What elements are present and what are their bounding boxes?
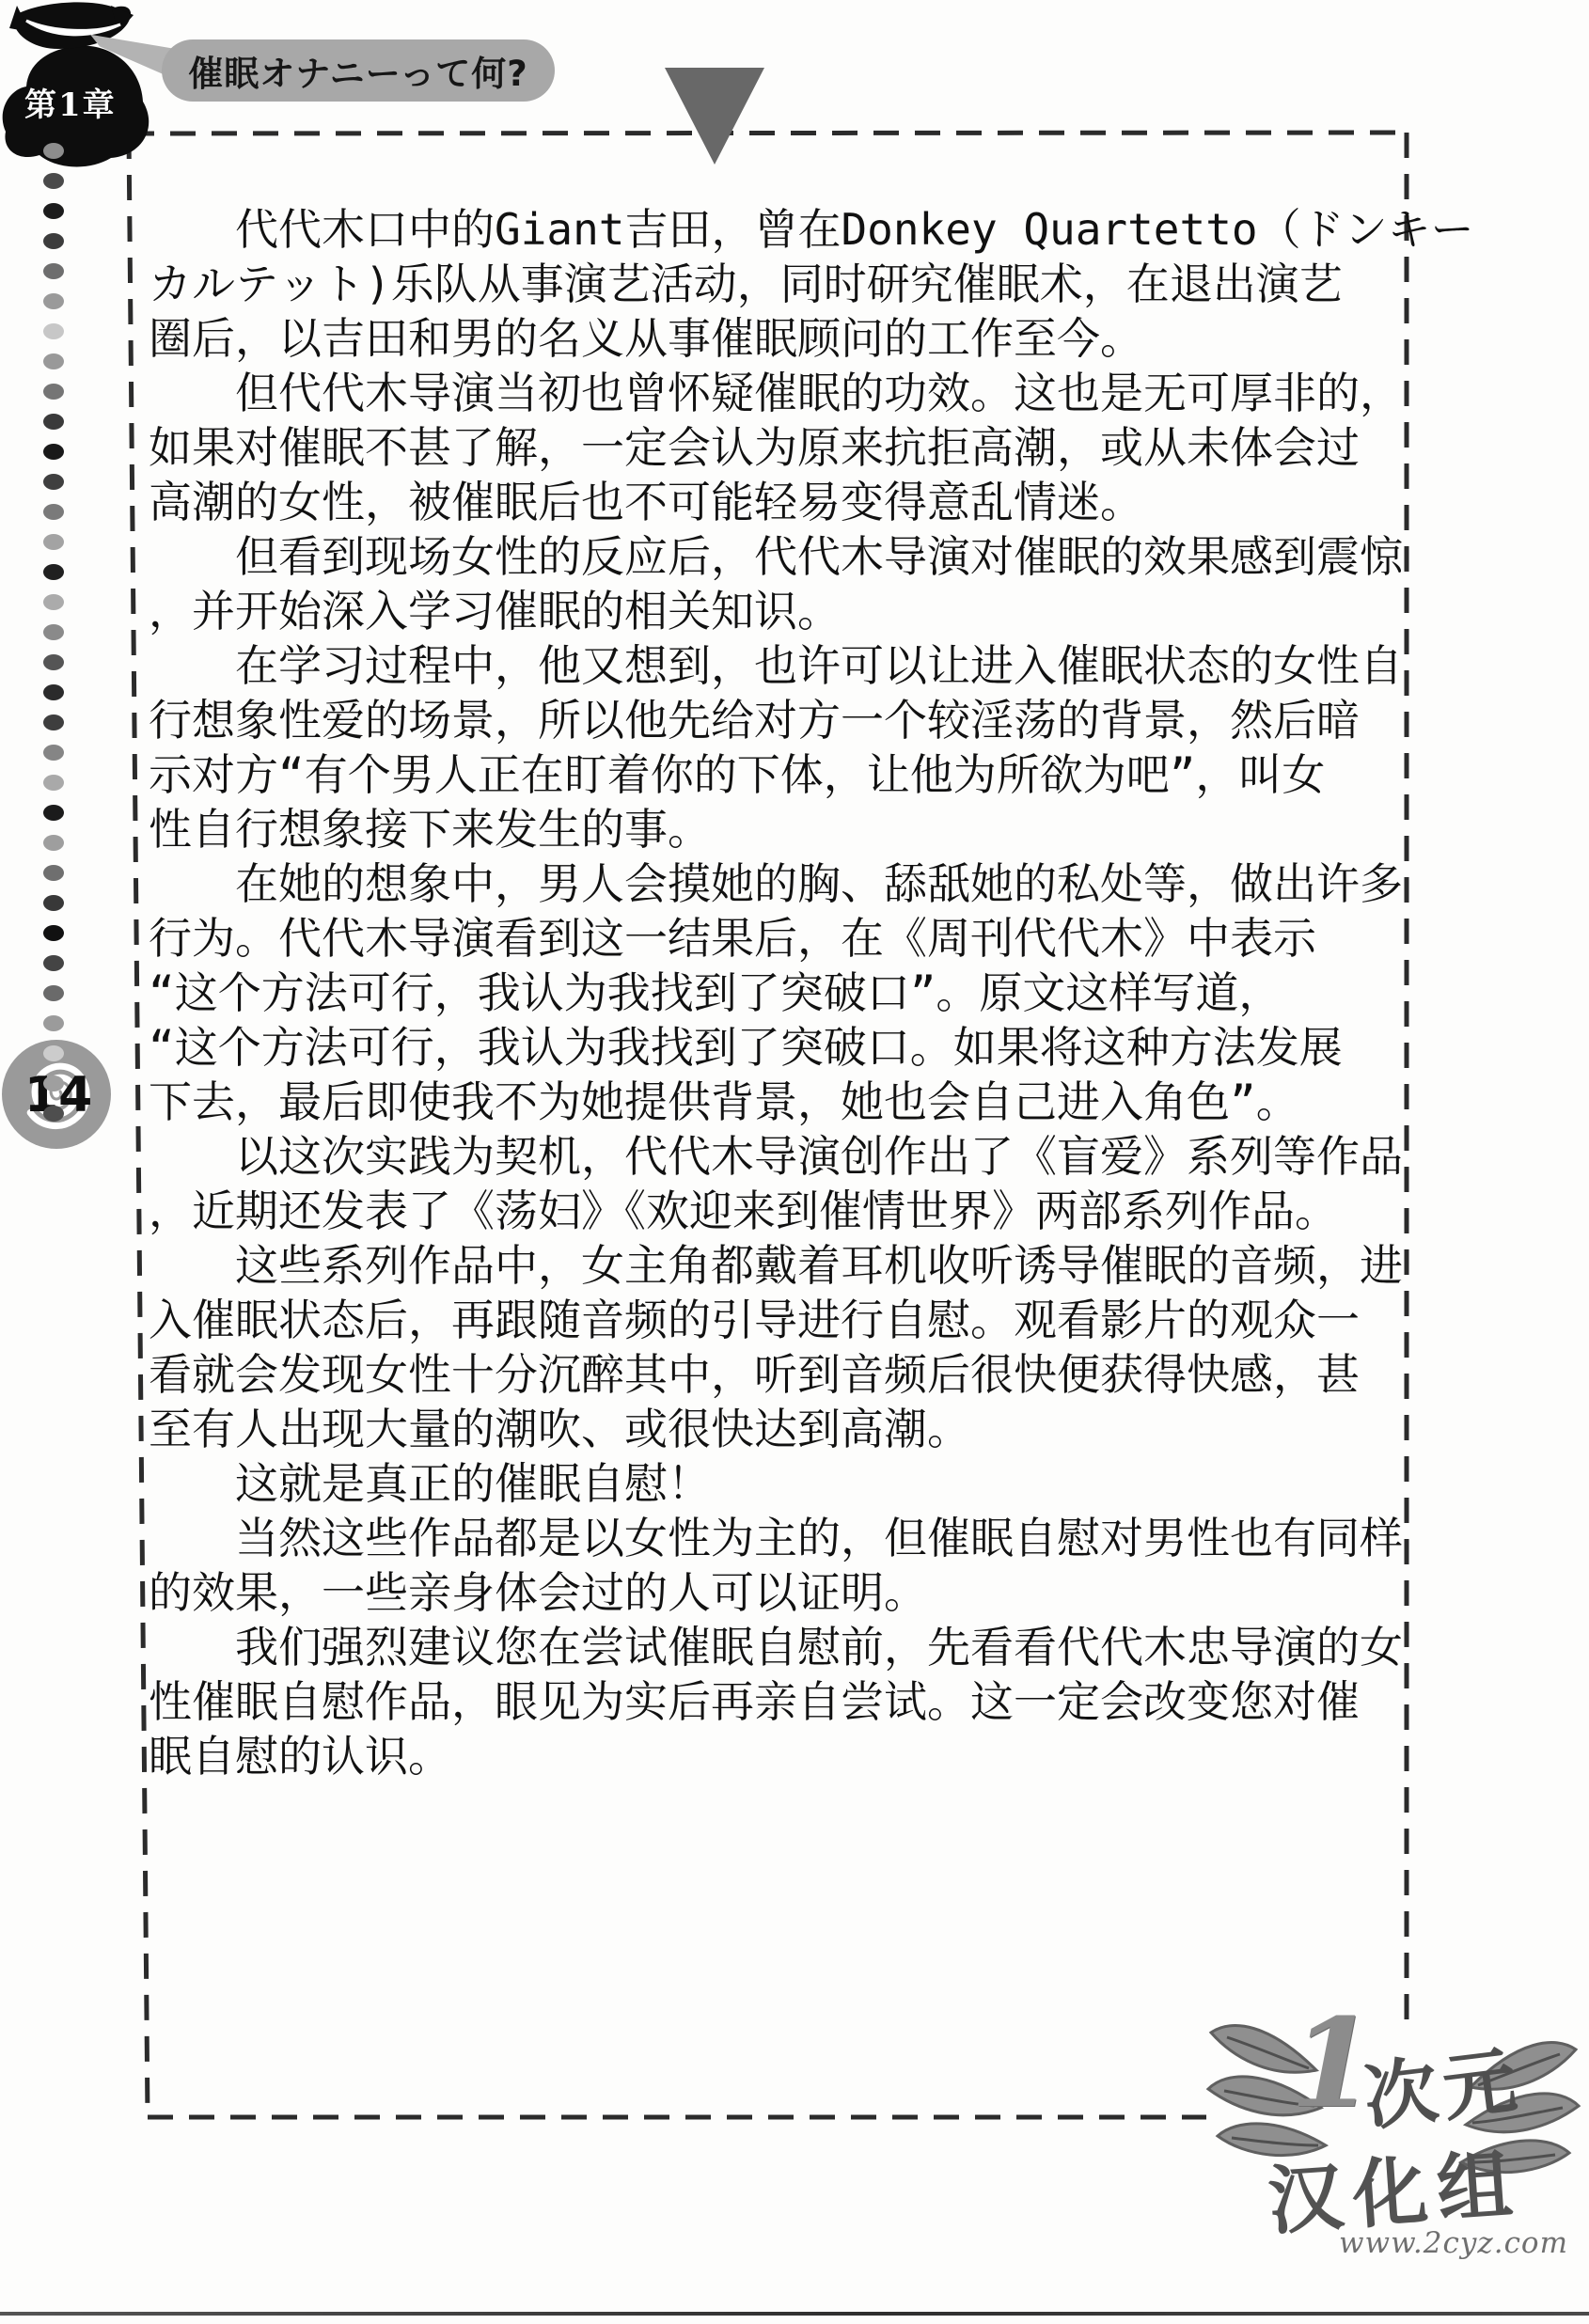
body-line: 但代代木导演当初也曾怀疑催眠的功效。这也是无可厚非的， [149, 366, 1404, 420]
margin-dot [43, 745, 64, 761]
page-bottom-edge [0, 2312, 1589, 2316]
margin-dot [43, 504, 64, 520]
body-line: 这就是真正的催眠自慰！ [149, 1456, 1404, 1511]
margin-dot [43, 835, 64, 851]
margin-dot [43, 594, 64, 610]
body-line: 代代木口中的Giant吉田，曾在Donkey Quartetto（ドンキー [149, 202, 1404, 257]
body-line: カルテット)乐队从事演艺活动，同时研究催眠术，在退出演艺 [149, 257, 1404, 311]
chapter-title-bubble: 催眠オナニーって何? [162, 39, 555, 102]
body-line: 下去，最后即使我不为她提供背景，她也会自己进入角色”。 [149, 1075, 1404, 1129]
body-line: 行想象性爱的场景，所以他先给对方一个较淫荡的背景，然后暗 [149, 693, 1404, 747]
body-line: 在她的想象中，男人会摸她的胸、舔舐她的私处等，做出许多 [149, 856, 1404, 911]
scanned-book-page: { "page": { "number": "14", "chapter_tab… [0, 0, 1589, 2324]
margin-dot [43, 414, 64, 430]
margin-dot [43, 775, 64, 791]
margin-dot [43, 384, 64, 400]
margin-dot [43, 684, 64, 700]
body-line: 圈后，以吉田和男的名义从事催眠顾问的工作至今。 [149, 311, 1404, 366]
body-line: ，并开始深入学习催眠的相关知识。 [149, 584, 1404, 638]
margin-dot [43, 323, 64, 339]
body-line: 示对方“有个男人正在盯着你的下体，让他为所欲为吧”，叫女 [149, 747, 1404, 802]
margin-dot [43, 564, 64, 580]
body-text: 代代木口中的Giant吉田，曾在Donkey Quartetto（ドンキーカルテ… [149, 202, 1404, 1783]
body-line: 这些系列作品中，女主角都戴着耳机收听诱导催眠的音频，进 [149, 1238, 1404, 1293]
margin-dot [43, 805, 64, 821]
body-line: 在学习过程中，他又想到，也许可以让进入催眠状态的女性自 [149, 638, 1404, 693]
body-line: “这个方法可行，我认为我找到了突破口。如果将这种方法发展 [149, 1020, 1404, 1075]
margin-dot [43, 955, 64, 971]
body-line: 的效果，一些亲身体会过的人可以证明。 [149, 1565, 1404, 1620]
body-line: 我们强烈建议您在尝试催眠自慰前，先看看代代木忠导演的女 [149, 1620, 1404, 1674]
body-line: “这个方法可行，我认为我找到了突破口”。原文这样写道， [149, 966, 1404, 1020]
margin-dot [43, 233, 64, 249]
body-line: 以这次实践为契机，代代木导演创作出了《盲爱》系列等作品 [149, 1129, 1404, 1184]
margin-dot [43, 1015, 64, 1031]
margin-dot [43, 353, 64, 369]
body-line: 入催眠状态后，再跟随音频的引导进行自慰。观看影片的观众一 [149, 1293, 1404, 1347]
body-line: ，近期还发表了《荡妇》《欢迎来到催情世界》两部系列作品。 [149, 1184, 1404, 1238]
margin-dot [43, 985, 64, 1001]
translation-group-watermark: 1 次元 汉化组 www.2cyz.com [1187, 1965, 1589, 2285]
margin-dot [43, 925, 64, 941]
margin-dot [43, 203, 64, 219]
margin-dot [43, 143, 64, 159]
margin-dot [43, 1076, 64, 1091]
margin-dot [43, 534, 64, 550]
margin-dot [43, 714, 64, 730]
body-line: 性自行想象接下来发生的事。 [149, 802, 1404, 856]
margin-dot [43, 865, 64, 881]
margin-dot [43, 474, 64, 490]
margin-dot [43, 1106, 64, 1122]
watermark-url: www.2cyz.com [1339, 2226, 1568, 2260]
margin-dot [43, 293, 64, 309]
margin-dot [43, 173, 64, 189]
margin-dot [43, 624, 64, 640]
margin-dot [43, 895, 64, 911]
margin-dot [43, 654, 64, 670]
body-line: 但看到现场女性的反应后，代代木导演对催眠的效果感到震惊 [149, 529, 1404, 584]
chapter-tab-label: 第1章 [24, 79, 137, 125]
body-line: 性催眠自慰作品，眼见为实后再亲自尝试。这一定会改变您对催 [149, 1674, 1404, 1729]
body-line: 如果对催眠不甚了解，一定会认为原来抗拒高潮，或从未体会过 [149, 420, 1404, 475]
body-line: 至有人出现大量的潮吹、或很快达到高潮。 [149, 1402, 1404, 1456]
body-line: 高潮的女性，被催眠后也不可能轻易变得意乱情迷。 [149, 475, 1404, 529]
body-line: 看就会发现女性十分沉醉其中，听到音频后很快便获得快感，甚 [149, 1347, 1404, 1402]
body-line: 当然这些作品都是以女性为主的，但催眠自慰对男性也有同样 [149, 1511, 1404, 1565]
body-line: 行为。代代木导演看到这一结果后，在《周刊代代木》中表示 [149, 911, 1404, 966]
margin-dot [43, 1045, 64, 1061]
chapter-title-text: 催眠オナニーって何? [188, 45, 528, 96]
margin-dot [43, 444, 64, 460]
margin-dot [43, 263, 64, 279]
body-line: 眠自慰的认识。 [149, 1729, 1404, 1783]
